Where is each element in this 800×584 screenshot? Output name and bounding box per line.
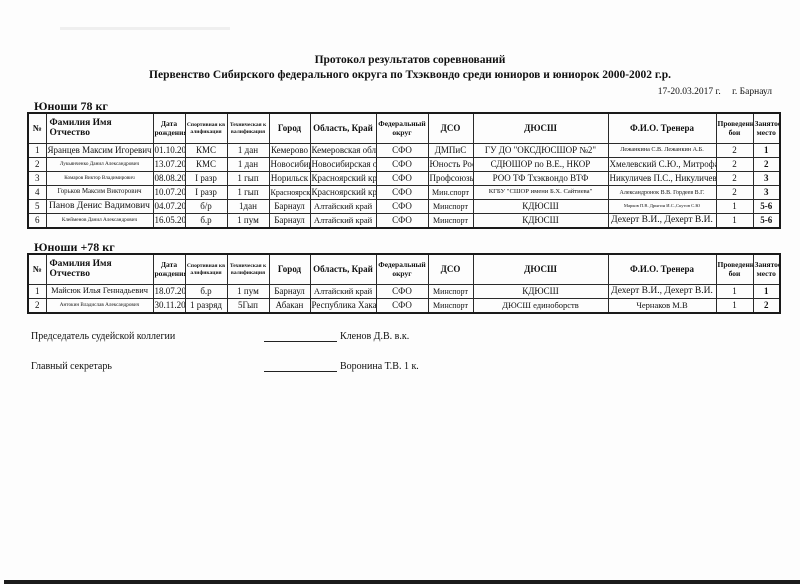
cell-region: Красноярский край — [310, 186, 376, 200]
table-row: 1 Майсюк Илья Геннадьевич 18.07.2001 б.р… — [28, 285, 780, 299]
cell-name: Антокин Владислав Александрович — [46, 299, 153, 314]
cell-num: 2 — [28, 158, 46, 172]
cell-school: ГУ ДО "ОКСДЮСШОР №2" — [473, 144, 608, 158]
cell-dso: Профсоюзы — [428, 172, 473, 186]
cell-fed-district: СФО — [376, 200, 428, 214]
cell-city: Норильск — [269, 172, 310, 186]
cell-place: 3 — [753, 186, 780, 200]
cell-city: Барнаул — [269, 214, 310, 229]
col-coach: Ф.И.О. Тренера — [608, 113, 716, 144]
col-num: № — [28, 254, 46, 285]
table-header-row: № Фамилия Имя Отчество Дата рождения Спо… — [28, 254, 780, 285]
cell-school: КДЮСШ — [473, 214, 608, 229]
cell-school: СДЮШОР по В.Е., НКОР — [473, 158, 608, 172]
cell-tech-qual: 1 пум — [227, 214, 269, 229]
cell-coach: Марков П.В. Дрыгин И.С.,Скутов С.Ю — [608, 200, 716, 214]
cell-place: 5-6 — [753, 200, 780, 214]
cell-place: 1 — [753, 285, 780, 299]
results-table-78kg: № Фамилия Имя Отчество Дата рождения Спо… — [27, 112, 781, 229]
cell-name: Яранцев Максим Игоревич — [46, 144, 153, 158]
cell-dso: Минспорт — [428, 200, 473, 214]
cell-sport-qual: КМС — [185, 144, 227, 158]
bleed-through-mark — [60, 27, 230, 30]
col-dso: ДСО — [428, 254, 473, 285]
cell-sport-qual: б/р — [185, 200, 227, 214]
col-sport-qual: Спортивная квалификация — [185, 113, 227, 144]
cell-school: КДЮСШ — [473, 200, 608, 214]
results-table-plus78kg: № Фамилия Имя Отчество Дата рождения Спо… — [27, 253, 781, 314]
cell-region: Алтайский край — [310, 285, 376, 299]
table-row: 5 Панов Денис Вадимович 04.07.2001 б/р 1… — [28, 200, 780, 214]
signature-name-chairman: Кленов Д.В. в.к. — [340, 331, 409, 342]
cell-bouts: 1 — [716, 200, 753, 214]
cell-name: Майсюк Илья Геннадьевич — [46, 285, 153, 299]
cell-coach: Хмелевский С.Ю., Митрофанов В.В. — [608, 158, 716, 172]
col-name: Фамилия Имя Отчество — [46, 113, 153, 144]
col-sport-qual: Спортивная квалификация — [185, 254, 227, 285]
cell-city: Барнаул — [269, 285, 310, 299]
cell-num: 2 — [28, 299, 46, 314]
scan-bottom-edge — [4, 580, 800, 584]
cell-city: Абакан — [269, 299, 310, 314]
cell-tech-qual: 1 дан — [227, 144, 269, 158]
cell-school: РОО ТФ Тхэквондо ВТФ — [473, 172, 608, 186]
col-birth: Дата рождения — [153, 113, 185, 144]
cell-birth: 04.07.2001 — [153, 200, 185, 214]
table-row: 2 Антокин Владислав Александрович 30.11.… — [28, 299, 780, 314]
cell-place: 1 — [753, 144, 780, 158]
signature-name-secretary: Воронина Т.В. 1 к. — [340, 361, 419, 372]
cell-dso: Юность России — [428, 158, 473, 172]
cell-coach: Дехерт В.И., Дехерт В.И. — [608, 214, 716, 229]
cell-num: 1 — [28, 285, 46, 299]
col-city: Город — [269, 254, 310, 285]
document-subtitle: Первенство Сибирского федерального округ… — [10, 69, 800, 81]
table-header-row: № Фамилия Имя Отчество Дата рождения Спо… — [28, 113, 780, 144]
cell-dso: Минспорт — [428, 285, 473, 299]
col-tech-qual: Техническая квалификация — [227, 113, 269, 144]
cell-region: Красноярский край — [310, 172, 376, 186]
cell-num: 5 — [28, 200, 46, 214]
signature-role-secretary: Главный секретарь — [31, 361, 112, 372]
cell-coach: Лежанкина С.В. Лежанкин А.Б. — [608, 144, 716, 158]
table-row: 4 Горьков Максим Викторович 10.07.2001 I… — [28, 186, 780, 200]
cell-bouts: 1 — [716, 285, 753, 299]
table-row: 6 Клейменов Данил Александрович 16.05.20… — [28, 214, 780, 229]
cell-sport-qual: I разр — [185, 172, 227, 186]
cell-fed-district: СФО — [376, 144, 428, 158]
col-name: Фамилия Имя Отчество — [46, 254, 153, 285]
cell-dso: Минспорт — [428, 299, 473, 314]
col-coach: Ф.И.О. Тренера — [608, 254, 716, 285]
cell-dso: ДМПиС — [428, 144, 473, 158]
cell-school: ДЮСШ единоборств — [473, 299, 608, 314]
col-region: Область, Край — [310, 254, 376, 285]
cell-sport-qual: I разр — [185, 186, 227, 200]
event-city: г. Барнаул — [732, 87, 772, 97]
col-fed-district: Федеральный округ — [376, 113, 428, 144]
cell-coach: Дехерт В.И., Дехерт В.И. — [608, 285, 716, 299]
cell-tech-qual: 1 гып — [227, 186, 269, 200]
col-num: № — [28, 113, 46, 144]
cell-name: Комаров Виктор Владимирович — [46, 172, 153, 186]
signature-line-secretary — [264, 361, 337, 372]
cell-birth: 08.08.2001 — [153, 172, 185, 186]
cell-region: Алтайский край — [310, 200, 376, 214]
document-title: Протокол результатов соревнований — [10, 54, 800, 66]
cell-bouts: 2 — [716, 144, 753, 158]
cell-birth: 30.11.2002 — [153, 299, 185, 314]
cell-place: 2 — [753, 158, 780, 172]
cell-birth: 01.10.2000 — [153, 144, 185, 158]
cell-bouts: 2 — [716, 172, 753, 186]
cell-num: 6 — [28, 214, 46, 229]
col-place: Занятое место — [753, 113, 780, 144]
event-date-location: 17-20.03.2017 г. г. Барнаул — [658, 87, 772, 97]
table-row: 2 Лукьянченко Данил Александрович 13.07.… — [28, 158, 780, 172]
cell-sport-qual: б.р — [185, 285, 227, 299]
event-dates: 17-20.03.2017 г. — [658, 87, 721, 97]
cell-sport-qual: б.р — [185, 214, 227, 229]
cell-fed-district: СФО — [376, 158, 428, 172]
cell-name: Клейменов Данил Александрович — [46, 214, 153, 229]
table-row: 1 Яранцев Максим Игоревич 01.10.2000 КМС… — [28, 144, 780, 158]
cell-fed-district: СФО — [376, 214, 428, 229]
col-bouts: Проведенные бои — [716, 113, 753, 144]
cell-dso: Минспорт — [428, 214, 473, 229]
col-city: Город — [269, 113, 310, 144]
cell-place: 2 — [753, 299, 780, 314]
cell-region: Республика Хакасия — [310, 299, 376, 314]
cell-fed-district: СФО — [376, 172, 428, 186]
cell-sport-qual: 1 разряд — [185, 299, 227, 314]
cell-name: Лукьянченко Данил Александрович — [46, 158, 153, 172]
cell-city: Новосибирск — [269, 158, 310, 172]
cell-fed-district: СФО — [376, 299, 428, 314]
cell-birth: 18.07.2001 — [153, 285, 185, 299]
cell-tech-qual: 5Гып — [227, 299, 269, 314]
col-school: ДЮСШ — [473, 254, 608, 285]
cell-region: Кемеровская область — [310, 144, 376, 158]
signature-role-chairman: Председатель судейской коллегии — [31, 331, 175, 342]
cell-region: Алтайский край — [310, 214, 376, 229]
cell-place: 5-6 — [753, 214, 780, 229]
cell-dso: Мин.спорт — [428, 186, 473, 200]
cell-bouts: 2 — [716, 186, 753, 200]
cell-bouts: 1 — [716, 214, 753, 229]
cell-region: Новосибирская область — [310, 158, 376, 172]
col-birth: Дата рождения — [153, 254, 185, 285]
cell-school: КДЮСШ — [473, 285, 608, 299]
cell-num: 4 — [28, 186, 46, 200]
cell-name: Панов Денис Вадимович — [46, 200, 153, 214]
col-place: Занятое место — [753, 254, 780, 285]
cell-sport-qual: КМС — [185, 158, 227, 172]
cell-bouts: 2 — [716, 158, 753, 172]
cell-city: Красноярск — [269, 186, 310, 200]
cell-fed-district: СФО — [376, 285, 428, 299]
cell-coach: Александронок В.В. Гордеев В.Г. — [608, 186, 716, 200]
cell-tech-qual: 1дан — [227, 200, 269, 214]
cell-school: КГБУ "СШОР имени Б.Х. Сайтиева" — [473, 186, 608, 200]
col-dso: ДСО — [428, 113, 473, 144]
cell-num: 1 — [28, 144, 46, 158]
cell-bouts: 1 — [716, 299, 753, 314]
cell-name: Горьков Максим Викторович — [46, 186, 153, 200]
cell-city: Кемерово — [269, 144, 310, 158]
signature-line-chairman — [264, 331, 337, 342]
cell-birth: 13.07.2000 — [153, 158, 185, 172]
cell-birth: 16.05.2000 — [153, 214, 185, 229]
col-bouts: Проведенные бои — [716, 254, 753, 285]
col-school: ДЮСШ — [473, 113, 608, 144]
col-tech-qual: Техническая квалификация — [227, 254, 269, 285]
cell-num: 3 — [28, 172, 46, 186]
cell-fed-district: СФО — [376, 186, 428, 200]
cell-tech-qual: 1 дан — [227, 158, 269, 172]
cell-city: Барнаул — [269, 200, 310, 214]
cell-tech-qual: 1 пум — [227, 285, 269, 299]
cell-coach: Никуличев П.С., Никуличев С.Н. — [608, 172, 716, 186]
cell-coach: Чернаков М.В — [608, 299, 716, 314]
col-region: Область, Край — [310, 113, 376, 144]
col-fed-district: Федеральный округ — [376, 254, 428, 285]
table-row: 3 Комаров Виктор Владимирович 08.08.2001… — [28, 172, 780, 186]
cell-tech-qual: 1 гып — [227, 172, 269, 186]
cell-birth: 10.07.2001 — [153, 186, 185, 200]
cell-place: 3 — [753, 172, 780, 186]
